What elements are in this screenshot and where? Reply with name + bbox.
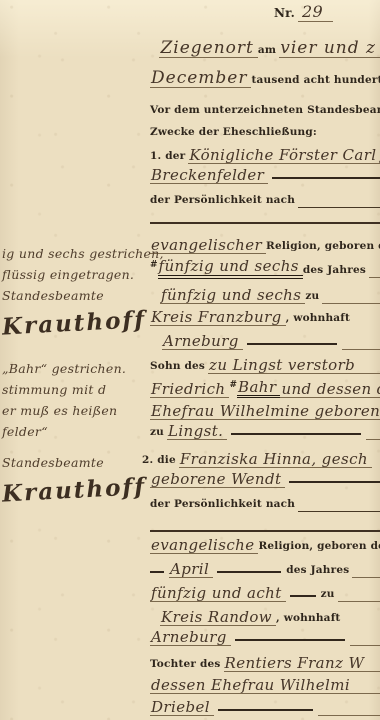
zu-label: zu (321, 588, 338, 602)
bride-mother-entry: dessen Ehefrau Wilhelmi (150, 678, 354, 694)
hand-dash-stroke (150, 571, 164, 573)
sohn-des-label: Sohn des (150, 360, 208, 374)
groom-year-entry: fünfzig und sechs (160, 288, 305, 304)
hand-dash-stroke (247, 343, 337, 345)
rule-line (368, 671, 380, 672)
groom-index-label: 1. der (150, 150, 188, 164)
groom-residence-entry: Arneburg (162, 334, 243, 350)
day-entry: vier und z (279, 40, 380, 58)
groom-district-entry: Kreis Franzburg (150, 310, 286, 326)
am-label: am (258, 44, 279, 58)
religion-label: Religion, geboren den (258, 540, 380, 554)
groom-name-line-2: Breckenfelder (150, 164, 380, 184)
groom-residence-line: Arneburg (150, 330, 380, 350)
rule-line (366, 439, 380, 440)
rule-line (342, 349, 380, 350)
bride-index-label: 2. die (142, 454, 179, 468)
groom-father-place-entry: zu Lingst verstorb (208, 358, 359, 374)
rule-line (359, 373, 380, 374)
nr-label: Nr. (274, 6, 298, 22)
blank-rule-line (150, 202, 380, 224)
bride-birth-month-entry: April (169, 562, 213, 578)
rule-line (369, 277, 380, 278)
bride-father-line: Tochter des Rentiers Franz W (150, 652, 380, 672)
groom-father-line-2: Friedrich # Bahr und dessen dase (150, 378, 380, 398)
groom-year-struck-line: # fünfzig und sechs des Jahres (150, 258, 380, 278)
groom-title-name-entry: Königliche Förster Carl J (188, 148, 380, 164)
rule-line (338, 601, 380, 602)
zu-label: zu (305, 290, 322, 304)
groom-surname-entry: Breckenfelder (150, 168, 268, 184)
groom-father-first-name: Friedrich (150, 382, 229, 398)
bride-maiden-entry: geborene Wendt (150, 472, 285, 488)
groom-mother-line: Ehefrau Wilhelmine geborenen Reding (150, 400, 380, 420)
zu-label: zu (150, 426, 167, 440)
groom-father-surname-struck: Bahr (237, 380, 280, 398)
hand-dash-stroke (217, 571, 281, 573)
groom-year-line: fünfzig und sechs zu (150, 284, 380, 304)
rule-line (354, 693, 380, 694)
intro-paragraph: Vor dem unterzeichneten Standesbeamten e (150, 100, 380, 118)
tochter-des-label: Tochter des (150, 658, 224, 672)
correction-hash-mark: # (229, 378, 237, 390)
groom-father-rest: und dessen dase (280, 382, 380, 398)
hand-dash-stroke (218, 709, 313, 711)
bride-father-entry: Rentiers Franz W (224, 656, 369, 672)
groom-year-struck-entry: fünfzig und sechs (158, 259, 303, 279)
groom-religion-entry: evangelischer (150, 238, 266, 254)
month-entry: December (150, 70, 251, 88)
correction-hash-mark: # (150, 258, 158, 270)
hand-dash-stroke (272, 177, 380, 179)
form-body: Nr. 29 Ziegenort am vier und z December … (150, 0, 380, 720)
blank-rule-line (150, 510, 380, 532)
scanned-civil-registry-page: ig und sechs gestrichen, flüssig eingetr… (0, 0, 380, 720)
bride-year-entry: fünfzig und acht (150, 586, 286, 602)
groom-origin-place: Lingst. (167, 424, 227, 440)
bride-name-line-1: 2. die Franziska Hinna, gesch (142, 446, 372, 468)
groom-religion-line: evangelischer Religion, geboren den (150, 234, 380, 254)
hand-dash-stroke (290, 595, 316, 597)
bride-mother-maiden-entry: Driebel (150, 700, 214, 716)
purpose-text: Zwecke der Eheschließung: (150, 126, 320, 140)
bride-religion-entry: evangelische (150, 538, 258, 554)
rule-line (352, 577, 380, 578)
month-year-line: December tausend acht hundert (150, 64, 380, 88)
groom-origin-line: zu Lingst. (150, 420, 380, 440)
bride-identity-line: der Persönlichkeit nach (150, 492, 380, 512)
record-number: 29 (298, 4, 333, 22)
intro-text: Vor dem unterzeichneten Standesbeamten e (150, 104, 380, 118)
rule-line (350, 645, 380, 646)
bride-district-line: Kreis Randow , wohnhaft (150, 606, 380, 626)
groom-father-line-1: Sohn des zu Lingst verstorb (150, 354, 380, 374)
rule-line (318, 715, 380, 716)
bride-district-entry: Kreis Randow (160, 610, 276, 626)
bride-mother-maiden-line: Driebel (150, 696, 380, 716)
wohnhaft-label: , wohnhaft (286, 312, 353, 326)
rule-line (322, 303, 380, 304)
year-label: des Jahres (303, 264, 369, 278)
bride-residence-entry: Arneburg (150, 630, 231, 646)
hand-dash-stroke (289, 481, 380, 483)
hand-dash-stroke (235, 639, 345, 641)
religion-label: Religion, geboren den (266, 240, 380, 254)
year-label: des Jahres (286, 564, 352, 578)
bride-religion-line: evangelische Religion, geboren den f (150, 534, 380, 554)
record-number-line: Nr. 29 (150, 2, 380, 22)
year-printed-label: tausend acht hundert (251, 74, 380, 88)
place-entry: Ziegenort (159, 40, 257, 58)
bride-name-line-2: geborene Wendt (150, 468, 380, 488)
place-date-line: Ziegenort am vier und z (150, 34, 380, 58)
groom-district-line: Kreis Franzburg , wohnhaft (150, 306, 380, 326)
bride-mother-line: dessen Ehefrau Wilhelmi (150, 674, 380, 694)
bride-month-line: April des Jahres (150, 558, 380, 578)
bride-year-line: fünfzig und acht zu (150, 582, 380, 602)
groom-mother-entry: Ehefrau Wilhelmine geborenen Reding (150, 404, 380, 420)
groom-name-line-1: 1. der Königliche Förster Carl J (150, 142, 380, 164)
hand-dash-stroke (231, 433, 361, 435)
bride-residence-line: Arneburg (150, 626, 380, 646)
purpose-line: Zwecke der Eheschließung: (150, 122, 380, 140)
bride-name-entry: Franziska Hinna, gesch (179, 452, 372, 468)
wohnhaft-label: , wohnhaft (276, 612, 343, 626)
